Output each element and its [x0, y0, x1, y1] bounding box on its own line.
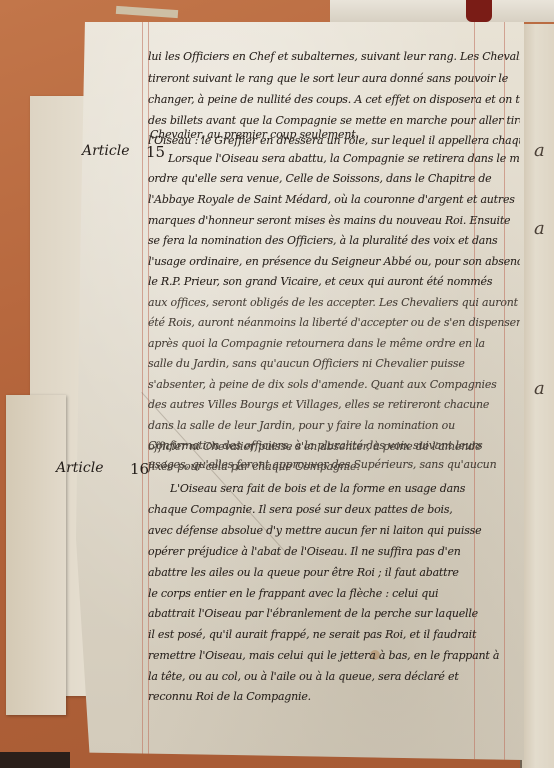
right-page-fragment: a: [534, 218, 545, 239]
text-line: le corps entier en le frappant avec la f…: [148, 587, 520, 600]
text-line: Chevalier, au premier coup seulement.: [150, 128, 522, 141]
text-line: s'absenter, à peine de dix sols d'amende…: [148, 378, 520, 391]
text-line: la tête, ou au col, ou à l'aile ou à la …: [148, 670, 520, 683]
text-line: salle du Jardin, sans qu'aucun Officiers…: [148, 357, 520, 370]
text-line: l'usage ordinaire, en présence du Seigne…: [148, 255, 520, 268]
text-line: L'Oiseau sera fait de bois et de la form…: [170, 482, 520, 495]
text-line: reconnu Roi de la Compagnie.: [148, 690, 520, 703]
right-page-fragment: a: [534, 378, 545, 399]
text-line: l'Abbaye Royale de Saint Médard, où la c…: [148, 193, 520, 206]
red-binding-tab: [466, 0, 492, 22]
underlying-torn-page-lower: [6, 395, 66, 715]
text-line: des billets avant que la Compagnie se me…: [148, 114, 520, 127]
article-number: 15: [146, 143, 165, 161]
text-line: des autres Villes Bourgs et Villages, el…: [148, 398, 520, 411]
article-number: 16: [130, 460, 149, 478]
text-line: le R.P. Prieur, son grand Vicaire, et ce…: [148, 275, 520, 288]
text-line: abattre les ailes ou la queue pour être …: [148, 566, 520, 579]
text-line: marques d'honneur seront mises ès mains …: [148, 214, 520, 227]
dark-bottom-corner: [0, 752, 70, 768]
text-line: dans la salle de leur Jardin, pour y fai…: [148, 419, 520, 432]
text-line: changer, à peine de nullité des coups. A…: [148, 93, 520, 106]
margin-rule-left: [142, 22, 143, 760]
text-line: après quoi la Compagnie retournera dans …: [148, 337, 520, 350]
article-label: Article: [56, 460, 104, 476]
text-line: il est posé, qu'il aurait frappé, ne ser…: [148, 628, 520, 641]
article-label: Article: [82, 143, 130, 159]
text-line: remettre l'Oiseau, mais celui qui le jet…: [148, 649, 520, 662]
text-line: avec défense absolue d'y mettre aucun fe…: [148, 524, 520, 537]
text-line: lui les Officiers en Chef et subalternes…: [148, 50, 520, 63]
text-line: se fera la nomination des Officiers, à l…: [148, 234, 520, 247]
text-line: Lorsque l'Oiseau sera abattu, la Compagn…: [168, 152, 520, 165]
text-line: officier ni Chevalier puisse s'en absent…: [148, 440, 520, 453]
text-line: aux offices, seront obligés de les accep…: [148, 296, 520, 309]
text-line: tireront suivant le rang que le sort leu…: [148, 72, 520, 85]
right-page-fragment: a: [534, 140, 545, 161]
text-line: été Rois, auront néanmoins la liberté d'…: [148, 316, 520, 329]
text-line: ordre qu'elle sera venue, Celle de Soiss…: [148, 172, 520, 185]
background-paper-top-right: [330, 0, 554, 22]
text-line: abattrait l'Oiseau par l'ébranlement de …: [148, 607, 520, 620]
text-line: chaque Compagnie. Il sera posé sur deux …: [148, 503, 520, 516]
text-line: opérer préjudice à l'abat de l'Oiseau. I…: [148, 545, 520, 558]
text-line: fixée pour cela par chaque Compagnie.: [148, 460, 520, 473]
